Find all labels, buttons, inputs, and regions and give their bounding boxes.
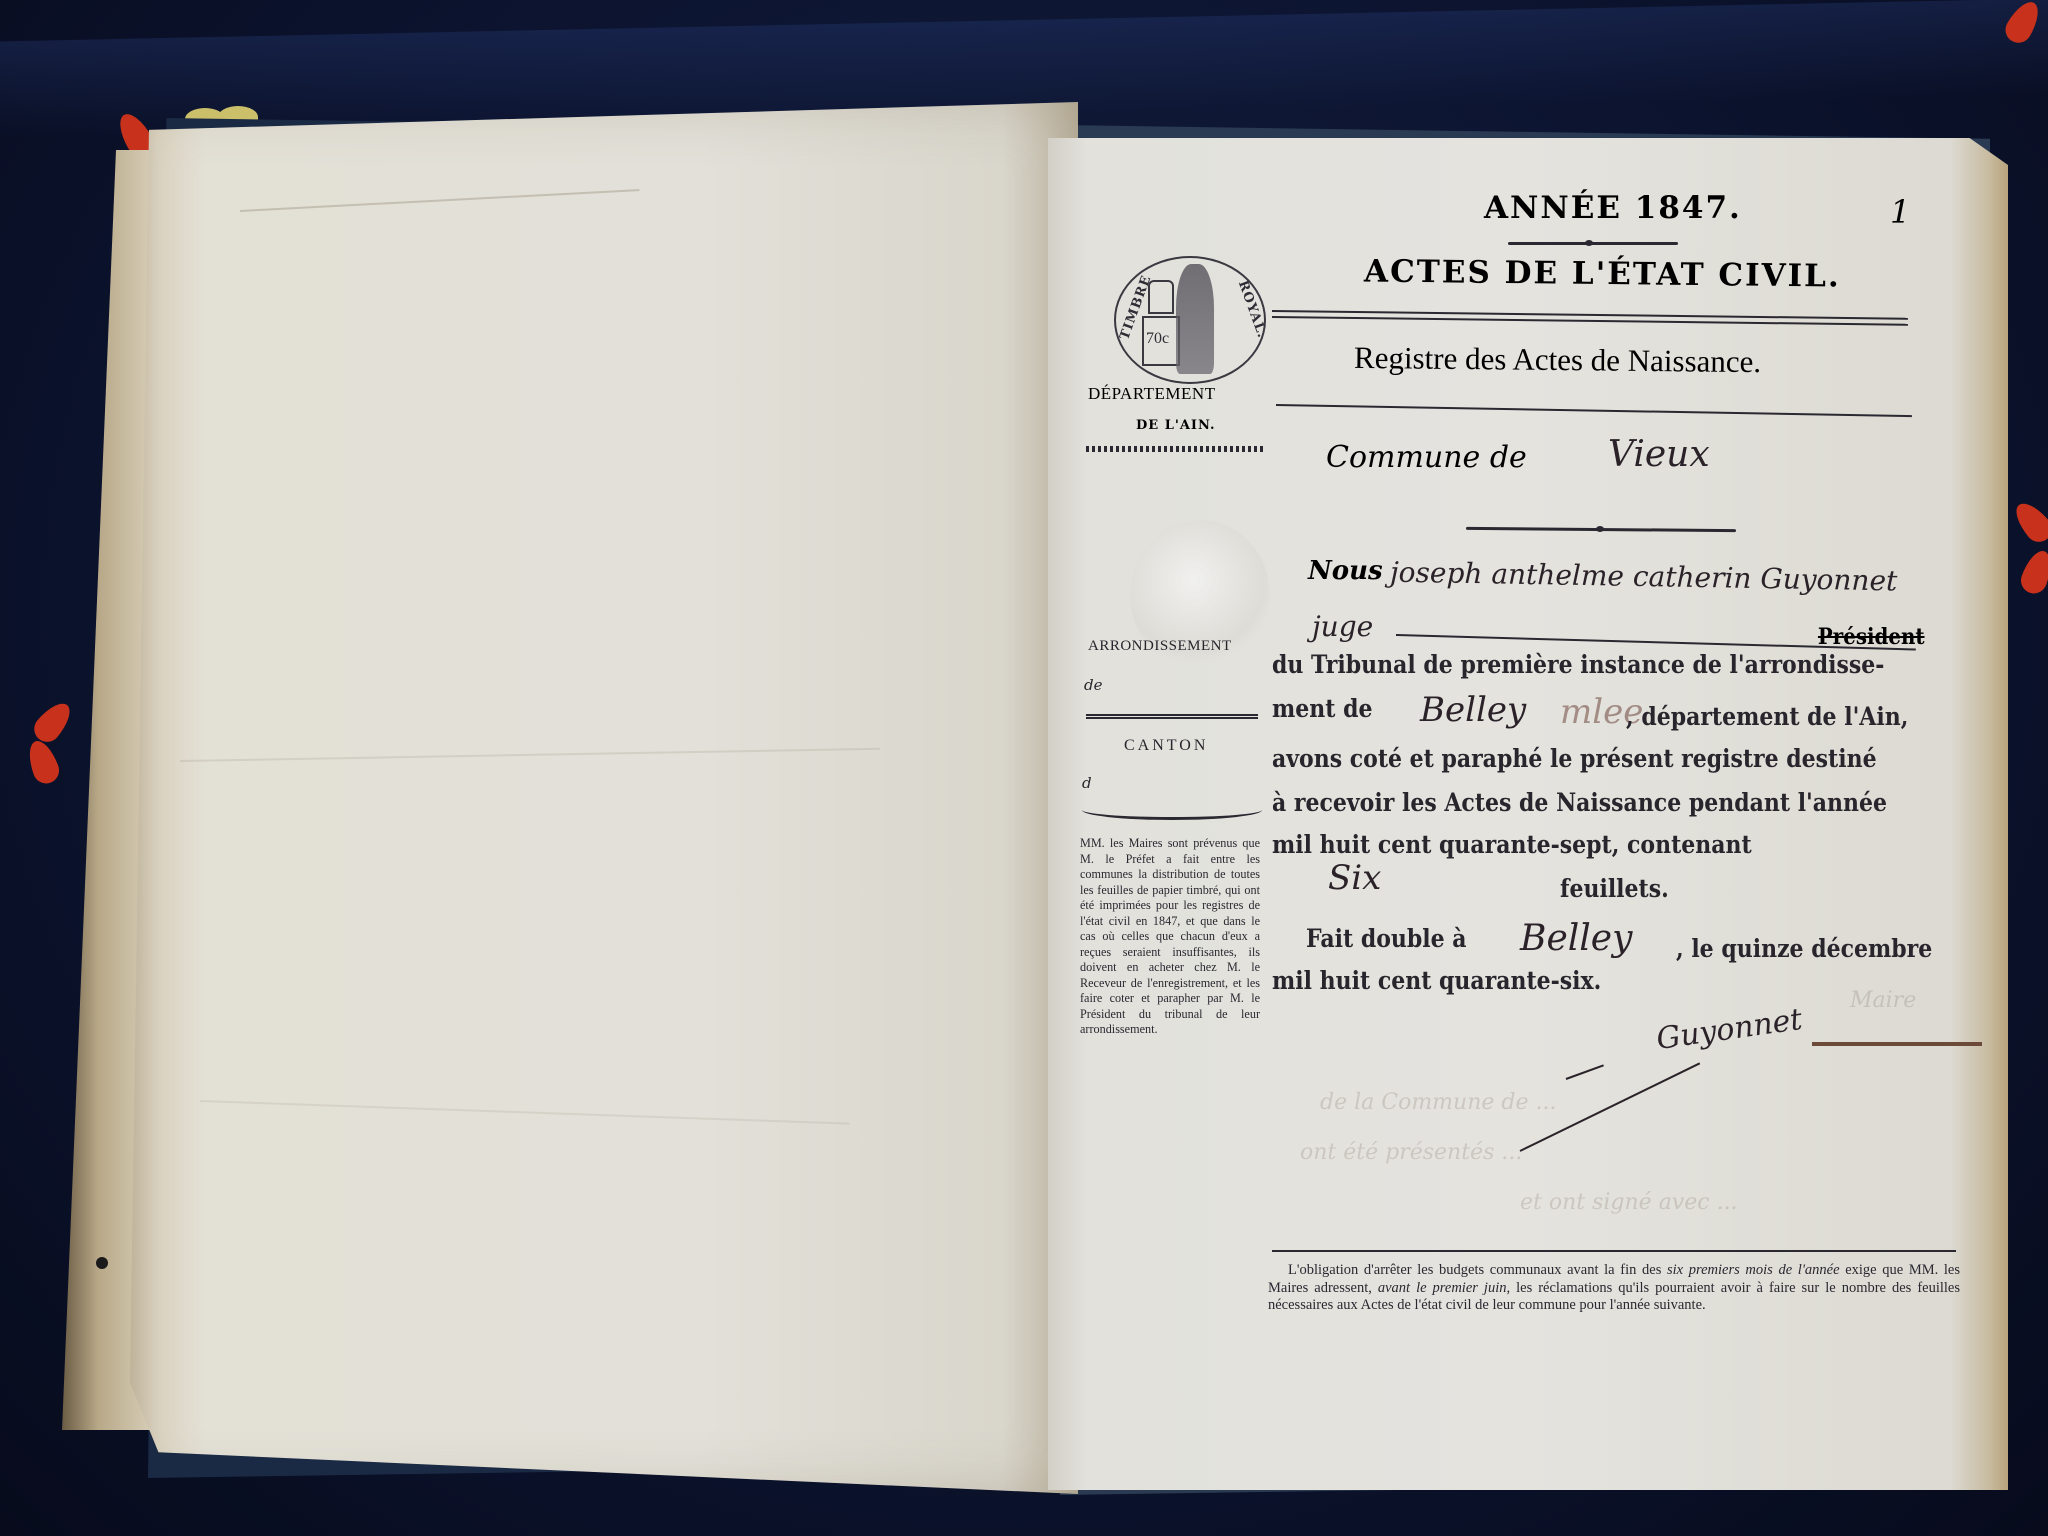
body-line-4: avons coté et paraphé le présent registr… xyxy=(1272,744,1877,773)
royal-stamp: 70c TIMBRE ROYAL. xyxy=(1114,256,1266,384)
margin-double-rule xyxy=(1086,714,1258,719)
body-line-5: à recevoir les Actes de Naissance pendan… xyxy=(1272,788,1887,817)
arrondissement-de: de xyxy=(1084,676,1102,694)
show-through-text: et ont signé avec ... xyxy=(1520,1190,1738,1215)
footnote: L'obligation d'arrêter les budgets commu… xyxy=(1268,1262,1960,1315)
canton-label: CANTON xyxy=(1124,737,1208,755)
president-struck: Président xyxy=(1818,624,1925,650)
stamp-price: 70c xyxy=(1146,330,1169,348)
date-text: , le quinze décembre xyxy=(1676,934,1932,963)
show-through-text: Maire xyxy=(1850,988,1916,1013)
place-handwritten: Belley xyxy=(1520,918,1632,959)
embroidery-red-right-mid xyxy=(2009,497,2048,547)
departement-name: DE L'AIN. xyxy=(1136,418,1216,433)
departement-label: DÉPARTEMENT xyxy=(1088,384,1216,404)
nous-label: Nous xyxy=(1308,556,1383,586)
judge-role-handwritten: juge xyxy=(1312,610,1373,643)
year-text: mil huit cent quarante-six. xyxy=(1272,966,1601,995)
stamp-figure-icon xyxy=(1176,264,1214,374)
show-through-text: de la Commune de ... xyxy=(1320,1090,1556,1115)
ornament-divider xyxy=(1508,242,1678,245)
document-title: ACTES DE L'ÉTAT CIVIL. xyxy=(1364,254,1841,295)
fait-double-label: Fait double à xyxy=(1306,924,1467,953)
ornament-dot-2 xyxy=(1596,526,1604,532)
ornament-dot xyxy=(1585,240,1593,246)
footnote-rule xyxy=(1272,1250,1956,1252)
body-line-6: mil huit cent quarante-sept, contenant xyxy=(1272,830,1752,859)
year-heading: ANNÉE 1847. xyxy=(1484,190,1742,226)
body-line-3: , département de l'Ain, xyxy=(1626,702,1908,731)
folio-number: 1 xyxy=(1890,193,1910,231)
register-subtitle: Registre des Actes de Naissance. xyxy=(1354,340,1762,380)
body-line-1: du Tribunal de première instance de l'ar… xyxy=(1272,650,1884,679)
arrondissement-handwritten: Belley xyxy=(1420,690,1526,730)
embroidery-red-left-lower xyxy=(29,697,77,747)
signature-line xyxy=(1812,1042,1982,1046)
commune-label: Commune de xyxy=(1326,440,1527,475)
sheet-count-handwritten: Six xyxy=(1328,858,1381,898)
punch-hole xyxy=(96,1257,108,1269)
wavy-divider xyxy=(1086,446,1266,452)
commune-handwritten: Vieux xyxy=(1608,434,1710,475)
canton-d: d xyxy=(1082,774,1092,792)
body-line-2: ment de xyxy=(1272,694,1372,723)
left-page-blank xyxy=(130,102,1078,1494)
show-through-text: ont été présentés ... xyxy=(1300,1140,1522,1165)
body-line-7: feuillets. xyxy=(1560,874,1669,903)
embroidery-red-left-lower-2 xyxy=(23,737,62,787)
embroidery-red-right-mid-2 xyxy=(2017,547,2048,597)
arrondissement-label: ARRONDISSEMENT xyxy=(1088,638,1232,655)
mayors-notice: MM. les Maires sont prévenus que M. le P… xyxy=(1080,836,1260,1038)
